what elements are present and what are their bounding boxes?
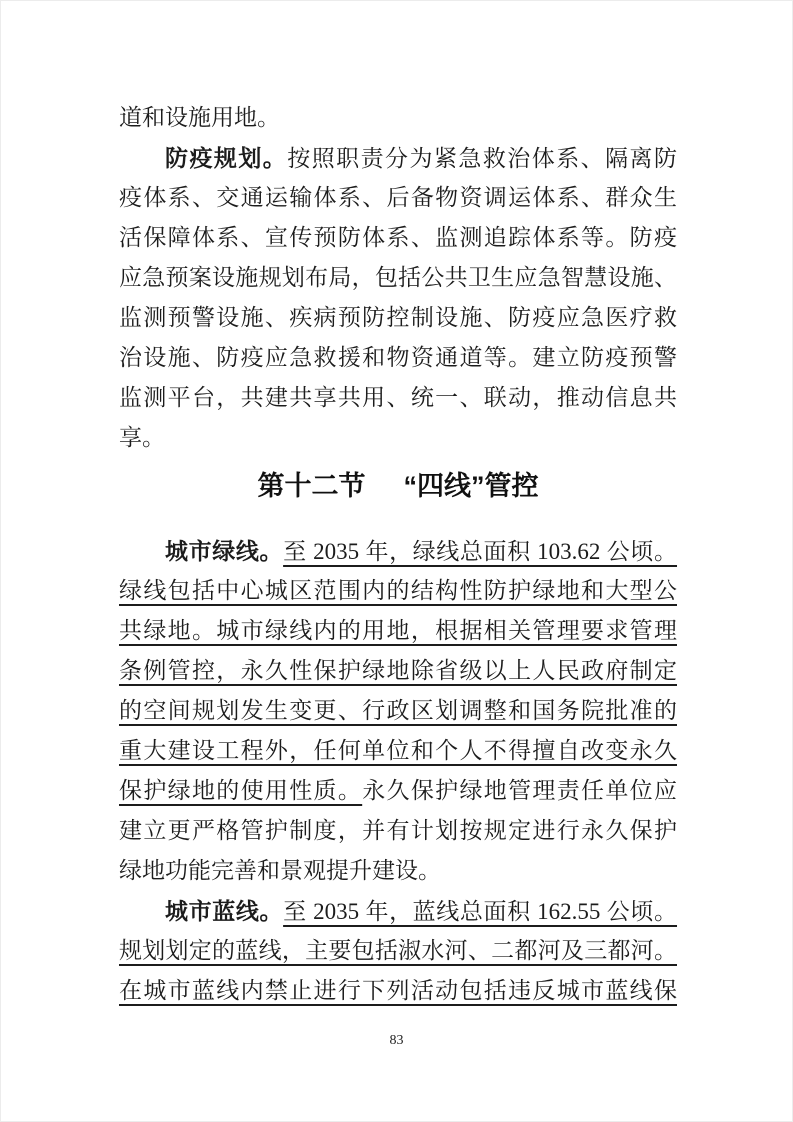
text-line: 城市绿线。至 2035 年，绿线总面积 103.62 公顷。 [119, 531, 677, 571]
underlined-segment: 至 2035 年，蓝线总面积 162.55 公顷。 [283, 899, 677, 924]
page-number: 83 [1, 1031, 792, 1051]
text-line: 保护绿地的使用性质。永久保护绿地管理责任单位应 [119, 771, 677, 811]
text-line: 绿线包括中心城区范围内的结构性防护绿地和大型公 [119, 571, 677, 611]
paragraph-lead-bold: 防疫规划。 [165, 145, 287, 171]
text-segment: 永久保护绿地管理责任单位应 [362, 778, 677, 803]
text-line: 共绿地。城市绿线内的用地，根据相关管理要求管理 [119, 611, 677, 651]
text-line: 绿地功能完善和景观提升建设。 [119, 851, 677, 891]
text-line: 应急预案设施规划布局，包括公共卫生应急智慧设施、 [119, 258, 677, 298]
paragraph-lead-bold: 城市绿线。 [165, 538, 283, 564]
text-line: 防疫规划。按照职责分为紧急救治体系、隔离防 [119, 138, 677, 178]
text-line: 建立更严格管护制度，并有计划按规定进行永久保护 [119, 811, 677, 851]
text-segment: 按照职责分为紧急救治体系、隔离防 [287, 146, 677, 171]
text-line: 城市蓝线。至 2035 年，蓝线总面积 162.55 公顷。 [119, 891, 677, 931]
text-line: 治设施、防疫应急救援和物资通道等。建立防疫预警 [119, 338, 677, 378]
text-line: 条例管控，永久性保护绿地除省级以上人民政府制定 [119, 651, 677, 691]
text-line: 疫体系、交通运输体系、后备物资调运体系、群众生 [119, 178, 677, 218]
page-body: 道和设施用地。 防疫规划。按照职责分为紧急救治体系、隔离防 疫体系、交通运输体系… [119, 98, 677, 1011]
document-page: 道和设施用地。 防疫规划。按照职责分为紧急救治体系、隔离防 疫体系、交通运输体系… [0, 0, 793, 1122]
text-line: 道和设施用地。 [119, 98, 677, 138]
text-line: 监测平台，共建共享共用、统一、联动，推动信息共 [119, 378, 677, 418]
text-line: 活保障体系、宣传预防体系、监测追踪体系等。防疫 [119, 218, 677, 258]
underlined-segment: 至 2035 年，绿线总面积 103.62 公顷。 [283, 539, 677, 564]
section-heading: 第十二节“四线”管控 [119, 466, 677, 506]
underlined-segment: 保护绿地的使用性质。 [119, 778, 362, 803]
text-line: 在城市蓝线内禁止进行下列活动包括违反城市蓝线保 [119, 971, 677, 1011]
text-line: 规划划定的蓝线，主要包括淑水河、二都河及三都河。 [119, 931, 677, 971]
text-line: 的空间规划发生变更、行政区划调整和国务院批准的 [119, 691, 677, 731]
paragraph-lead-bold: 城市蓝线。 [165, 898, 283, 924]
text-line: 重大建设工程外，任何单位和个人不得擅自改变永久 [119, 731, 677, 771]
text-line: 享。 [119, 418, 677, 458]
text-line: 监测预警设施、疾病预防控制设施、防疫应急医疗救 [119, 298, 677, 338]
section-number: 第十二节 [258, 466, 366, 506]
section-title: “四线”管控 [404, 466, 539, 506]
